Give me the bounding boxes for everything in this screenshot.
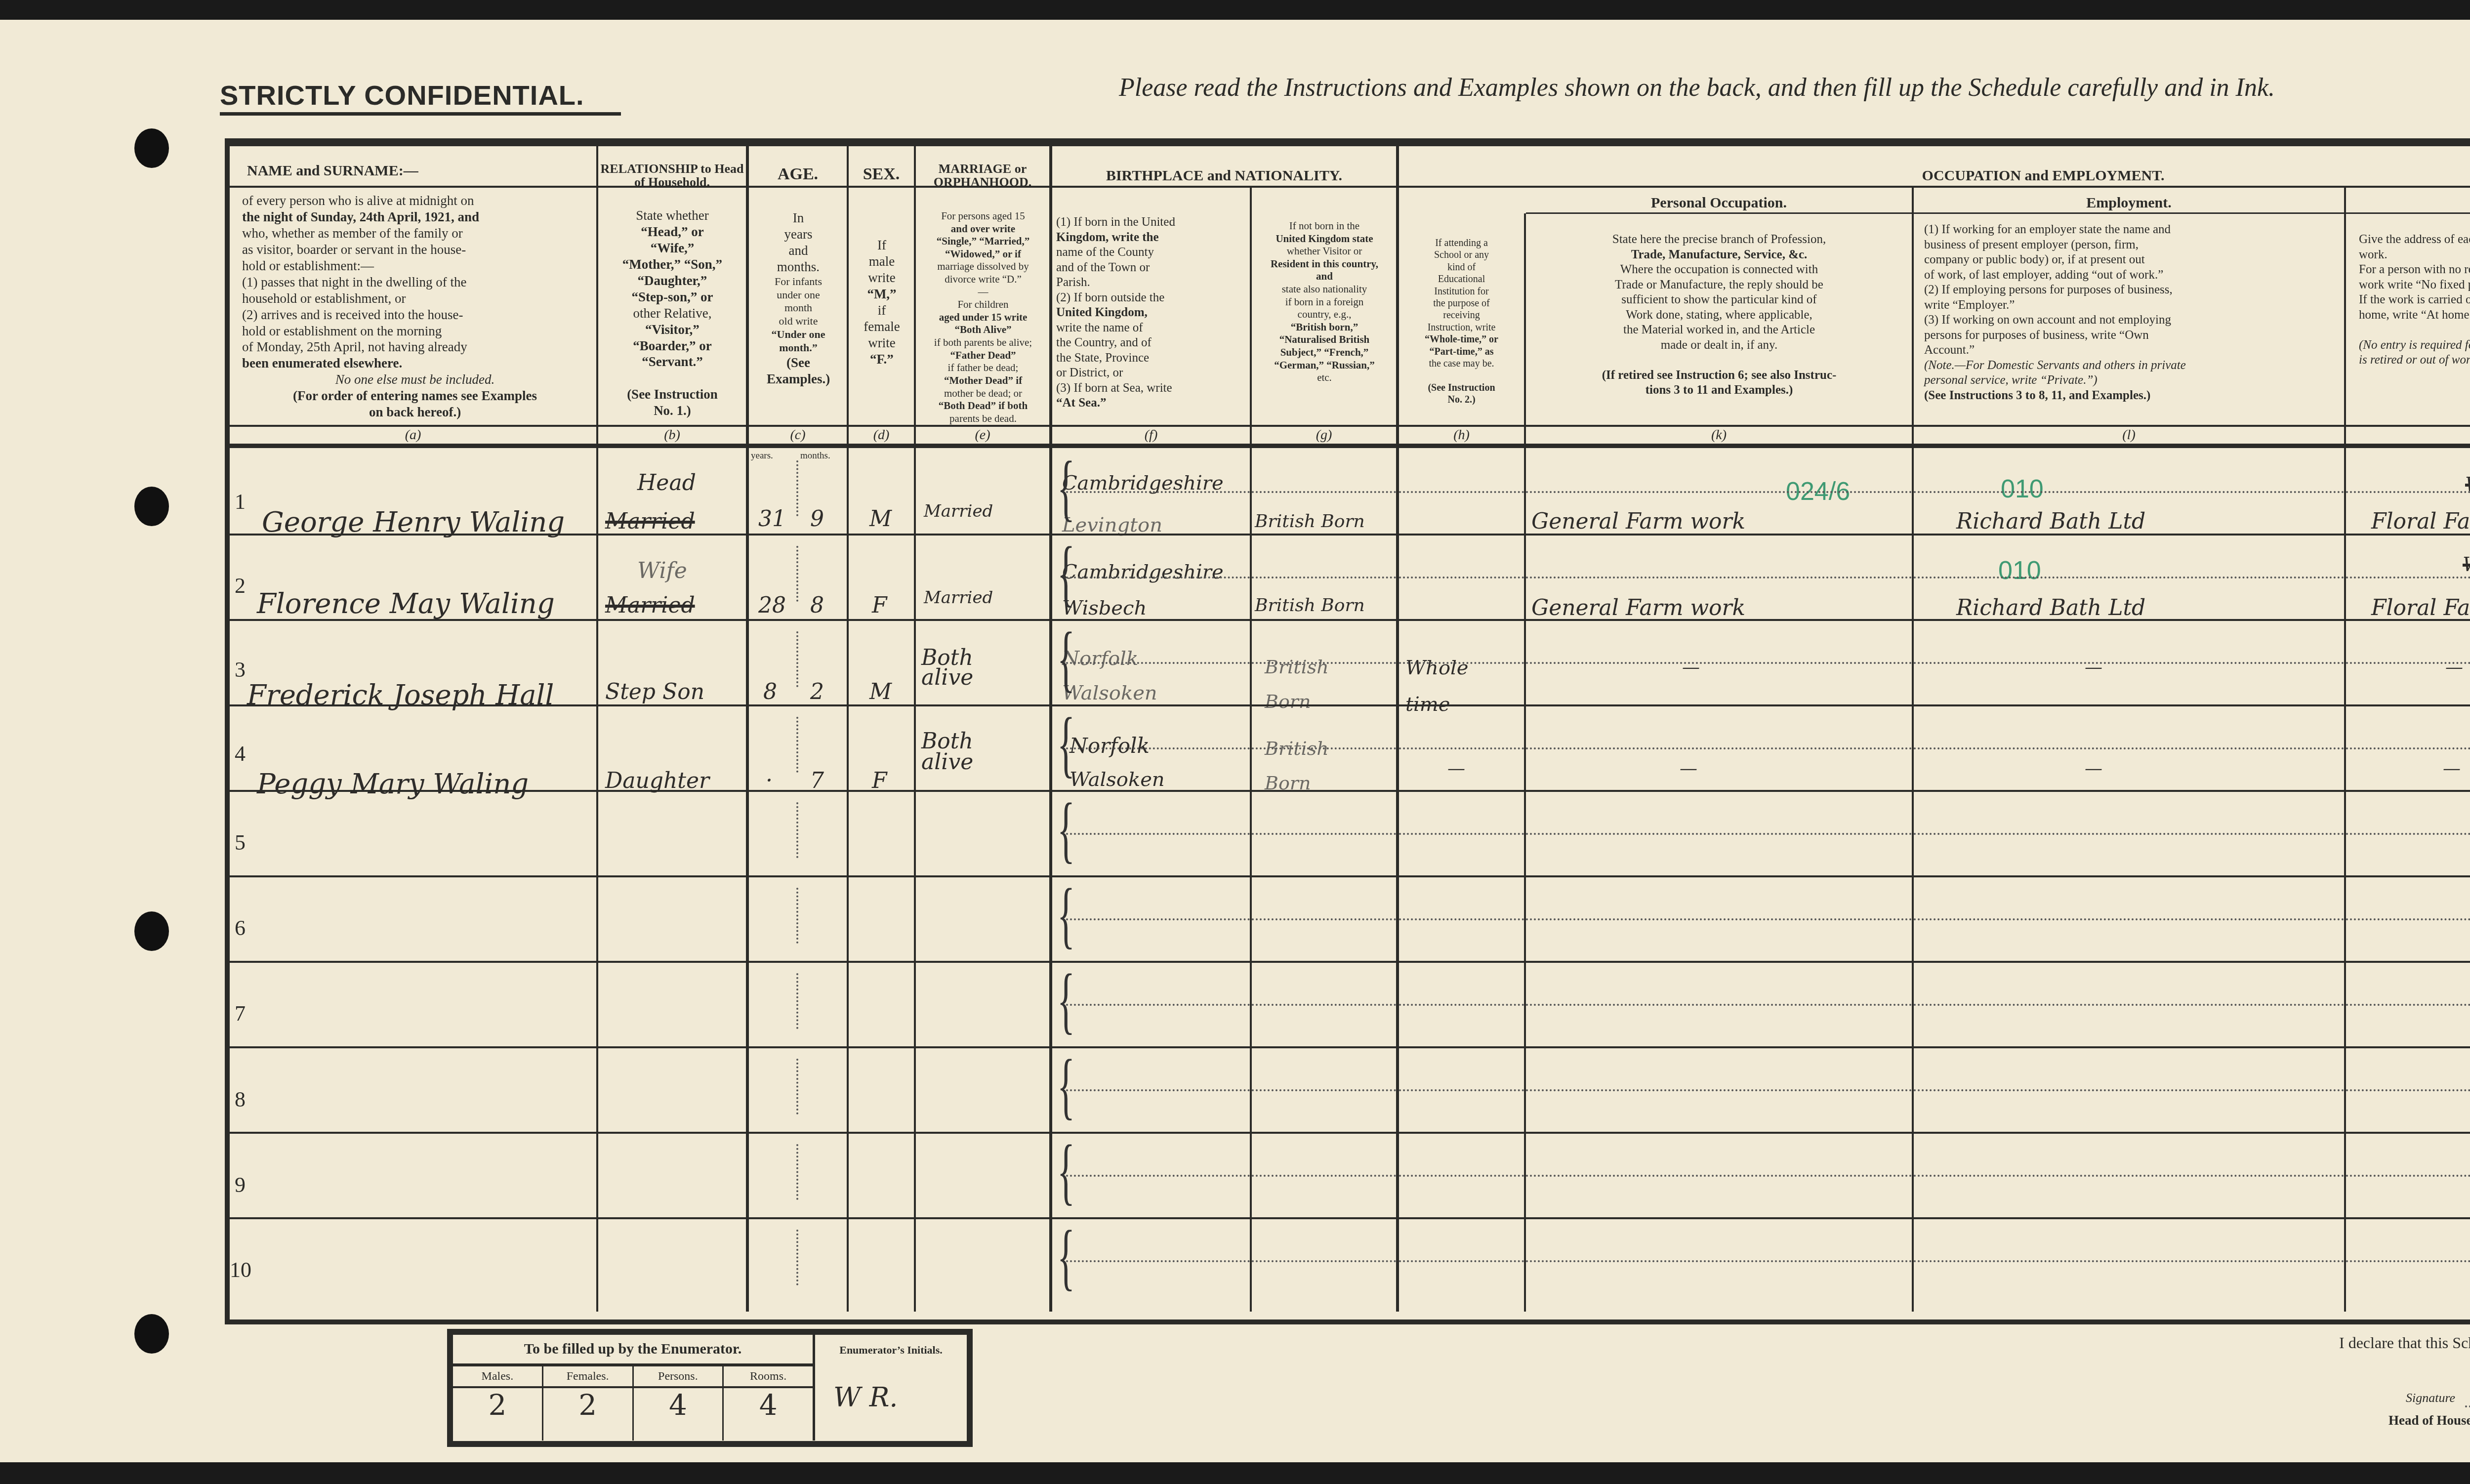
signature-label: Signature	[2406, 1391, 2455, 1405]
age-separator	[796, 1059, 798, 1114]
row-midline	[1252, 577, 1396, 578]
row-midline	[1062, 577, 1250, 578]
row-midline	[1399, 747, 1524, 749]
age-separator	[796, 1144, 798, 1200]
row-midline	[1062, 747, 1250, 749]
row-number: 7	[235, 1001, 246, 1026]
relationship-struck[interactable]: Married	[605, 509, 695, 534]
brace-icon: {	[1057, 792, 1075, 866]
row-midline	[1062, 491, 1250, 493]
row-divider	[230, 704, 2470, 706]
age-separator	[796, 717, 798, 773]
relationship-correction[interactable]: Head	[637, 470, 696, 495]
row-number: 3	[235, 657, 246, 682]
row-midline	[1062, 1089, 1250, 1091]
row-midline	[1062, 1175, 1250, 1177]
brace-icon: {	[1057, 1049, 1075, 1123]
age-months[interactable]: 2	[810, 679, 824, 704]
rooms-count[interactable]: 4	[724, 1388, 813, 1422]
age-separator	[796, 1230, 798, 1285]
row-midline	[1399, 833, 1524, 835]
column-letter-c: (c)	[749, 427, 847, 443]
employer-code: 010	[2001, 474, 2044, 504]
relationship[interactable]: Step Son	[605, 679, 704, 704]
row-midline	[1914, 1260, 2344, 1262]
age-separator	[796, 888, 798, 944]
age-separator	[796, 546, 798, 602]
employer[interactable]: —	[2085, 657, 2102, 677]
row-midline	[1252, 918, 1396, 920]
workplace-subrule	[2346, 212, 2470, 214]
row-midline	[2346, 662, 2470, 664]
age-months[interactable]: 8	[810, 593, 824, 618]
marriage-status[interactable]: Both alive	[921, 731, 995, 773]
birthplace-county[interactable]: Norfolk	[1070, 734, 1150, 758]
column-letter-g: (g)	[1252, 427, 1396, 443]
persons-cell: Persons. 4	[634, 1366, 724, 1441]
col-divider-f-g	[1250, 187, 1252, 1312]
age-years[interactable]: 28	[758, 593, 786, 618]
page-title: STRICTLY CONFIDENTIAL.	[220, 79, 584, 111]
instructions-personal-occupation: State here the precise branch of Profess…	[1531, 232, 1907, 398]
signatory-role: Head of Household, Manager of Establishm…	[2388, 1413, 2470, 1428]
males-label: Males.	[453, 1366, 542, 1388]
column-letter-e: (e)	[916, 427, 1049, 443]
row-number: 2	[235, 573, 246, 598]
row-midline	[1062, 1260, 1250, 1262]
row-midline	[1914, 1175, 2344, 1177]
nationality[interactable]: British Born	[1255, 511, 1365, 532]
row-midline	[1526, 833, 1912, 835]
place-of-work[interactable]: Floral Farm	[2371, 595, 2470, 620]
place-of-work[interactable]: —	[2445, 657, 2463, 677]
punch-hole	[134, 911, 169, 951]
row-midline	[1526, 918, 1912, 920]
row-midline	[1914, 918, 2344, 920]
col-divider-e-f	[1049, 143, 1052, 1312]
row-divider	[230, 1132, 2470, 1134]
person-name[interactable]: Peggy Mary Waling	[257, 768, 529, 800]
brace-icon: {	[1057, 451, 1075, 525]
column-letter-f: (f)	[1052, 427, 1250, 443]
row-midline	[2346, 918, 2470, 920]
row-divider	[230, 961, 2470, 963]
row-midline	[1526, 747, 1912, 749]
personal-occupation[interactable]: General Farm work	[1531, 509, 1745, 534]
employer[interactable]: —	[2085, 758, 2102, 779]
row-midline	[1399, 918, 1524, 920]
header-marriage: MARRIAGE or ORPHANHOOD.	[916, 162, 1049, 189]
brace-icon: {	[1057, 963, 1075, 1037]
persons-label: Persons.	[634, 1366, 723, 1388]
persons-count[interactable]: 4	[634, 1388, 723, 1422]
row-divider	[230, 1217, 2470, 1219]
row-number: 10	[230, 1257, 251, 1282]
row-divider	[230, 875, 2470, 877]
row-midline	[1399, 662, 1524, 664]
row-midline	[1252, 1089, 1396, 1091]
header-age: AGE.	[749, 165, 847, 183]
brace-icon: {	[1057, 536, 1075, 610]
instructions-marriage: For persons aged 15and over write“Single…	[917, 210, 1049, 425]
row-midline	[1252, 662, 1396, 664]
row-number: 9	[235, 1172, 246, 1197]
row-number: 5	[235, 830, 246, 855]
row-midline	[2346, 1260, 2470, 1262]
row-midline	[1914, 662, 2344, 664]
relationship-struck[interactable]: Married	[605, 593, 695, 618]
col-divider-k-l	[1912, 187, 1914, 1312]
instructions-nationality: If not born in theUnited Kingdom statewh…	[1253, 220, 1396, 384]
age-separator	[796, 460, 798, 516]
row-midline	[1914, 577, 2344, 578]
row-midline	[1399, 577, 1524, 578]
row-midline	[1252, 1260, 1396, 1262]
enumerator-initials[interactable]: W R.	[833, 1382, 898, 1413]
instructions-sex: Ifmalewrite“M,”iffemalewrite“F.”	[850, 237, 914, 368]
birthplace-town[interactable]: Walsoken	[1062, 682, 1157, 704]
age-years[interactable]: 8	[763, 679, 777, 704]
enumerator-box-heading: To be filled up by the Enumerator.	[453, 1335, 815, 1366]
females-cell: Females. 2	[543, 1366, 634, 1441]
row-midline	[1062, 918, 1250, 920]
col-divider-a-b	[596, 143, 598, 1312]
nationality[interactable]: British Born	[1265, 650, 1373, 719]
employer[interactable]: Richard Bath Ltd	[1956, 509, 2145, 534]
title-underline	[220, 112, 621, 116]
column-letter-k: (k)	[1526, 427, 1912, 443]
marriage-status[interactable]: Both alive	[921, 648, 995, 687]
row-midline	[2346, 833, 2470, 835]
row-midline	[1526, 491, 1912, 493]
row-midline	[1526, 1175, 1912, 1177]
header-occupation-employment: OCCUPATION and EMPLOYMENT.	[1399, 168, 2470, 184]
sex[interactable]: F	[872, 593, 887, 618]
data-start-rule	[230, 444, 2470, 448]
row-midline	[2346, 491, 2470, 493]
employment-subrule	[1914, 212, 2344, 214]
row-midline	[2346, 577, 2470, 578]
row-midline	[1252, 491, 1396, 493]
birthplace-town[interactable]: Walsoken	[1070, 768, 1165, 791]
row-divider	[230, 1046, 2470, 1048]
workplace-struck[interactable]: Wisbech	[2463, 553, 2470, 576]
marriage-status[interactable]: Married	[924, 501, 993, 521]
birthplace-county[interactable]: Cambridgeshire	[1062, 561, 1224, 583]
row-midline	[2346, 747, 2470, 749]
instructions-place-of-work: Give the address of each person’s place …	[2359, 232, 2470, 368]
enumerator-count-box: To be filled up by the Enumerator. Enume…	[447, 1329, 973, 1447]
row-midline	[1914, 833, 2344, 835]
row-midline	[1914, 747, 2344, 749]
row-midline	[1526, 1260, 1912, 1262]
column-letter-d: (d)	[849, 427, 914, 443]
row-midline	[1526, 1089, 1912, 1091]
males-count[interactable]: 2	[453, 1388, 542, 1422]
col-divider-b-c	[746, 143, 749, 1312]
instructions-relationship: State whether“Head,” or“Wife,”“Mother,” …	[599, 207, 745, 419]
col-divider-l-m	[2344, 187, 2346, 1312]
row-midline	[1399, 491, 1524, 493]
column-letter-m: (m)	[2346, 427, 2470, 443]
personal-occupation[interactable]: —	[1680, 758, 1697, 779]
education[interactable]: —	[1447, 758, 1465, 779]
brace-icon: {	[1057, 1220, 1075, 1294]
letter-row-rule	[230, 425, 2470, 427]
census-schedule-page: STRICTLY CONFIDENTIAL. Please read the I…	[0, 20, 2470, 1462]
row-midline	[2346, 1089, 2470, 1091]
personal-occupation[interactable]: General Farm work	[1531, 595, 1745, 620]
sex[interactable]: M	[869, 506, 892, 532]
row-midline	[2346, 1004, 2470, 1006]
row-number: 1	[235, 489, 246, 514]
row-number: 4	[235, 741, 246, 766]
row-divider	[230, 619, 2470, 621]
sex[interactable]: M	[869, 679, 892, 704]
age-separator	[796, 802, 798, 858]
header-place-of-work: Place of Work.	[2346, 195, 2470, 211]
row-number: 6	[235, 915, 246, 941]
personal-occ-subrule	[1526, 212, 1912, 214]
row-midline	[1526, 577, 1912, 578]
brace-icon: {	[1057, 621, 1075, 696]
enumerator-counts: Males. 2 Females. 2 Persons. 4 Rooms. 4	[453, 1366, 815, 1441]
age-years[interactable]: 31	[758, 506, 786, 532]
employer[interactable]: Richard Bath Ltd	[1956, 595, 2145, 620]
age-months-label: months.	[800, 451, 830, 461]
education[interactable]: Whole time	[1405, 650, 1504, 723]
row-midline	[1399, 1004, 1524, 1006]
row-midline	[1062, 833, 1250, 835]
brace-icon: {	[1057, 707, 1075, 781]
instructions-name: of every person who is alive at midnight…	[242, 193, 588, 420]
header-relationship: RELATIONSHIP to Head of Household.	[598, 162, 746, 189]
nationality[interactable]: British Born	[1255, 595, 1365, 616]
females-count[interactable]: 2	[543, 1388, 632, 1422]
brace-icon: {	[1057, 878, 1075, 952]
row-midline	[1914, 1089, 2344, 1091]
place-of-work[interactable]: Floral Farm	[2371, 509, 2470, 534]
row-midline	[1399, 1089, 1524, 1091]
col-divider-c-d	[847, 143, 849, 1312]
row-midline	[1399, 1175, 1524, 1177]
instructions-age: Inyearsandmonths.For infantsunder onemon…	[750, 210, 847, 387]
row-midline	[1914, 491, 2344, 493]
row-midline	[2346, 1175, 2470, 1177]
row-midline	[1914, 1004, 2344, 1006]
signature-line	[2465, 1405, 2470, 1407]
column-letter-h: (h)	[1399, 427, 1524, 443]
row-midline	[1526, 1004, 1912, 1006]
row-midline	[1062, 1004, 1250, 1006]
header-rule	[230, 186, 2470, 188]
personal-occupation[interactable]: —	[1682, 657, 1700, 677]
rooms-label: Rooms.	[724, 1366, 813, 1388]
age-separator	[796, 973, 798, 1029]
instructions-birthplace: (1) If born in the UnitedKingdom, write …	[1056, 215, 1249, 411]
person-name[interactable]: Frederick Joseph Hall	[247, 679, 554, 711]
age-separator	[796, 631, 798, 687]
row-number: 8	[235, 1087, 246, 1112]
row-divider	[230, 534, 2470, 536]
header-personal-occupation: Personal Occupation.	[1526, 195, 1912, 211]
header-birthplace: BIRTHPLACE and NATIONALITY.	[1052, 168, 1396, 184]
age-months[interactable]: 9	[810, 506, 824, 532]
instructions-education: If attending aSchool or anykind ofEducat…	[1399, 237, 1524, 406]
row-midline	[1252, 1004, 1396, 1006]
header-employment: Employment.	[1914, 195, 2344, 211]
row-midline	[1526, 662, 1912, 664]
declaration-text: I declare that this Schedule is correctl…	[2339, 1334, 2470, 1352]
marriage-status[interactable]: Married	[924, 588, 993, 608]
col-divider-h-k	[1524, 213, 1526, 1312]
column-letter-l: (l)	[1914, 427, 2344, 443]
row-midline	[1252, 1175, 1396, 1177]
instructions-employment: (1) If working for an employer state the…	[1924, 222, 2334, 403]
row-midline	[1062, 662, 1250, 664]
row-midline	[1399, 1260, 1524, 1262]
row-midline	[1252, 833, 1396, 835]
row-midline	[1252, 747, 1396, 749]
punch-hole	[134, 1314, 169, 1354]
relationship-correction[interactable]: Wife	[637, 558, 687, 583]
punch-hole	[134, 487, 169, 526]
brace-icon: {	[1057, 1134, 1075, 1208]
employer-code: 010	[1998, 556, 2041, 585]
rooms-cell: Rooms. 4	[724, 1366, 813, 1441]
females-label: Females.	[543, 1366, 632, 1388]
column-letter-a: (a)	[230, 427, 596, 443]
header-sex: SEX.	[849, 165, 914, 183]
males-cell: Males. 2	[453, 1366, 543, 1441]
column-letter-b: (b)	[598, 427, 746, 443]
col-divider-d-e	[914, 143, 916, 1312]
age-years-label: years.	[751, 451, 773, 461]
instruction-line: Please read the Instructions and Example…	[1119, 73, 2275, 102]
row-divider	[230, 790, 2470, 792]
header-name: NAME and SURNAME:—	[232, 163, 610, 179]
person-name[interactable]: Florence May Waling	[257, 588, 555, 620]
place-of-work[interactable]: —	[2443, 758, 2461, 779]
punch-hole	[134, 128, 169, 168]
